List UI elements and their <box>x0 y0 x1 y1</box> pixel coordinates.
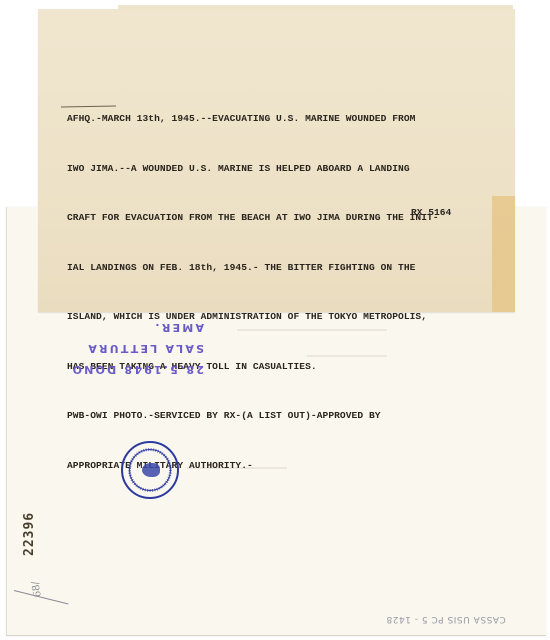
caption-slip-top-edge <box>118 5 513 11</box>
caption-line: IWO JIMA.--A WOUNDED U.S. MARINE IS HELP… <box>67 161 439 178</box>
stamp-line-date: 28.5.1948 DONO <box>44 359 204 380</box>
pencil-archive-note: CASSA USIS PC 5 - 1428 <box>386 614 506 624</box>
caption-line: IAL LANDINGS ON FEB. 18th, 1945.- THE BI… <box>67 260 439 277</box>
caption-line: CRAFT FOR EVACUATION FROM THE BEACH AT I… <box>67 210 439 227</box>
typewritten-caption-slip: AFHQ.-MARCH 13th, 1945.--EVACUATING U.S.… <box>38 9 515 312</box>
seal-ring-lettering-icon <box>123 443 177 497</box>
library-ink-stamp: 28.5.1948 DONO SALA LETTURA AMER. <box>44 317 204 380</box>
caption-line: PWB-OWI PHOTO.-SERVICED BY RX-(A LIST OU… <box>67 408 439 425</box>
inventory-number: 22396 <box>22 512 37 556</box>
adhesive-tape-strip <box>492 196 515 312</box>
caption-line: AFHQ.-MARCH 13th, 1945.--EVACUATING U.S.… <box>67 111 439 128</box>
stamp-line-library: SALA LETTURA AMER. <box>44 317 204 359</box>
round-seal-stamp <box>121 441 179 499</box>
reference-number: RX 5164 <box>411 207 451 218</box>
